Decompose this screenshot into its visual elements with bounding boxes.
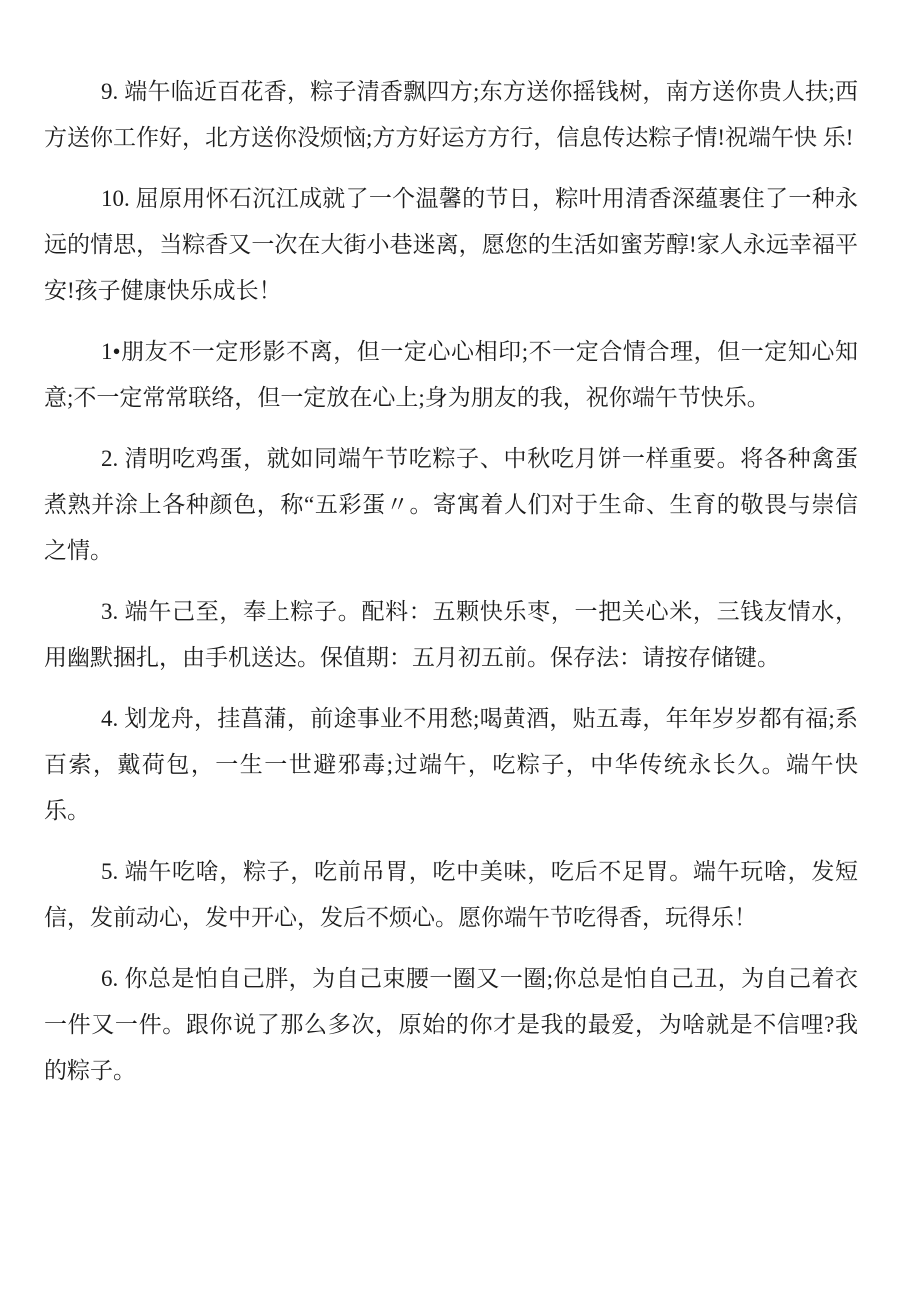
paragraph-4: 4. 划龙舟，挂菖蒲，前途事业不用愁;喝黄酒，贴五毒，年年岁岁都有福;系百索，戴…	[44, 696, 858, 834]
paragraph-10: 10. 屈原用怀石沉江成就了一个温馨的节日，粽叶用清香深蕴裹住了一种永远的情思，…	[44, 176, 858, 314]
paragraph-2: 2. 清明吃鸡蛋，就如同端午节吃粽子、中秋吃月饼一样重要。将各种禽蛋煮熟并涂上各…	[44, 436, 858, 574]
paragraph-3: 3. 端午己至，奉上粽子。配料：五颗快乐枣，一把关心米，三钱友情水，用幽默捆扎，…	[44, 589, 858, 681]
document-page: 9. 端午临近百花香，粽子清香飘四方;东方送你摇钱树，南方送你贵人扶;西方送你工…	[0, 0, 920, 1301]
paragraph-5: 5. 端午吃啥，粽子，吃前吊胃，吃中美味，吃后不足胃。端午玩啥，发短信，发前动心…	[44, 849, 858, 941]
paragraph-1: 1•朋友不一定形影不离，但一定心心相印;不一定合情合理，但一定知心知意;不一定常…	[44, 329, 858, 421]
paragraph-6: 6. 你总是怕自己胖，为自己束腰一圈又一圈;你总是怕自己丑，为自己着衣一件又一件…	[44, 956, 858, 1094]
paragraph-9: 9. 端午临近百花香，粽子清香飘四方;东方送你摇钱树，南方送你贵人扶;西方送你工…	[44, 69, 858, 161]
